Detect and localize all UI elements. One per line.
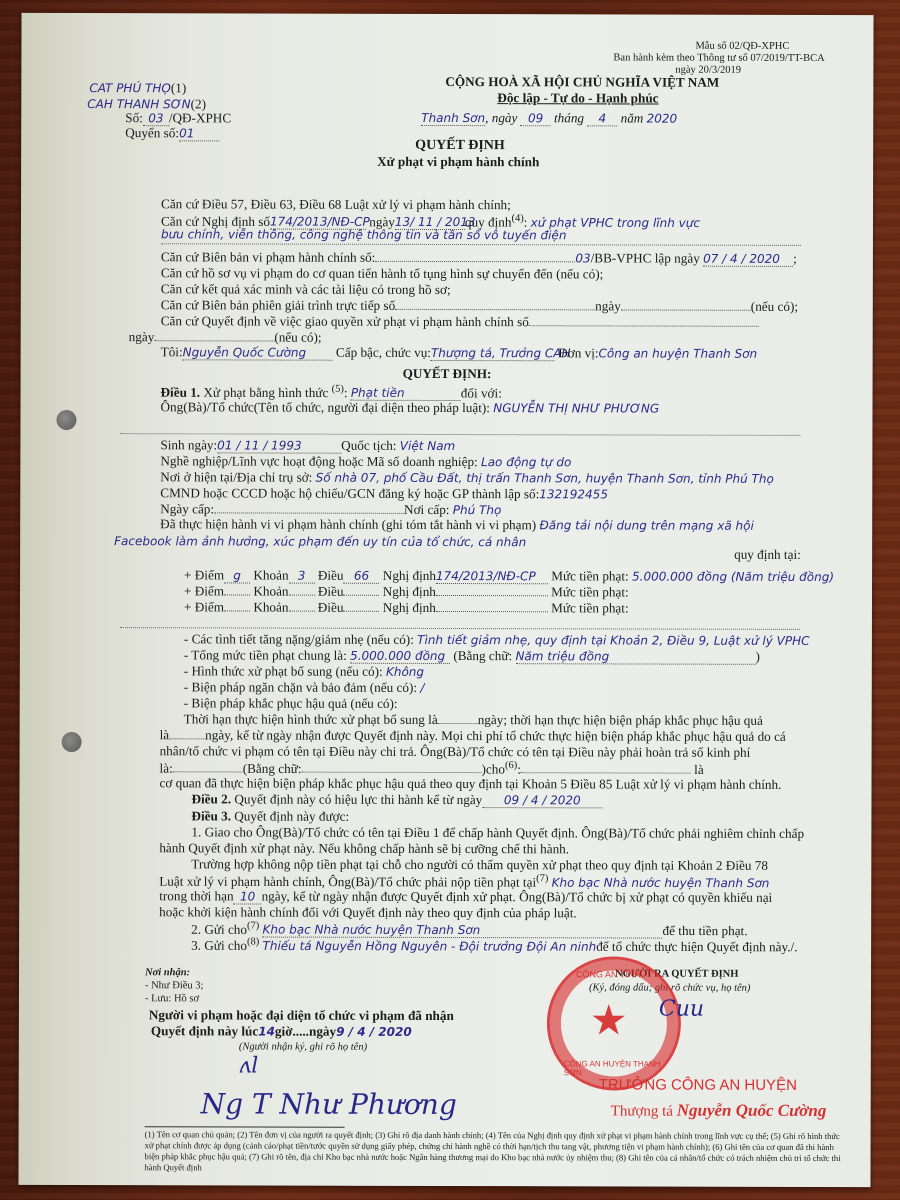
decision-heading: QUYẾT ĐỊNH: — [403, 366, 492, 382]
article3-heading: Điều 3. Quyết định này được: — [191, 808, 349, 824]
country-name: CỘNG HOÀ XÃ HỘI CHỦ NGHĨA VIỆT NAM — [445, 74, 719, 91]
official-seal: CÔNG AN TỈNH ★ CÔNG AN HUYỆN THANH SƠN — [547, 956, 681, 1090]
basis-verification: Căn cứ kết quả xác minh và các tài liệu … — [161, 281, 451, 298]
recipient-item: - Như Điều 3; — [145, 980, 204, 991]
article1-dob: Sinh ngày:01 / 11 / 1993Quốc tịch: Việt … — [160, 437, 455, 454]
article3-item1-b: hành Quyết định xử phạt này. Nếu không c… — [159, 840, 569, 857]
document-page: Mẫu số 02/QĐ-XPHC Ban hành kèm theo Thôn… — [18, 13, 873, 1187]
deadline-line-5: cơ quan đã thực hiện biện pháp khắc phục… — [159, 775, 781, 793]
document-title: QUYẾT ĐỊNH — [415, 138, 505, 154]
article3-item1-f: hoặc khởi kiện hành chính đối với Quyết … — [159, 904, 577, 921]
provision-row: + Điểm Khoản Điều Nghị định Mức tiền phạ… — [184, 599, 629, 616]
deadline-line-3: nhân/tổ chức vi phạm có tên tại Điều này… — [160, 743, 751, 761]
provision-row: + Điểm Khoản Điều Nghị định Mức tiền phạ… — [184, 583, 629, 600]
basis-delegation-date: ngày(nếu có); — [129, 329, 322, 346]
circumstances: - Các tình tiết tăng nặng/giảm nhẹ (nếu … — [184, 631, 810, 649]
issuer-signature: Cuu — [659, 997, 704, 1022]
receiver-initials-signature: ʌl — [239, 1053, 259, 1078]
article3-item3: 3. Gửi cho(8) Thiếu tá Nguyễn Hồng Nguyê… — [191, 936, 797, 955]
book-number: Quyển số:01 — [125, 125, 219, 141]
recipients-label: Nơi nhận: — [145, 967, 190, 978]
basis-decree-scope: bưu chính, viễn thông, công nghệ thông t… — [161, 227, 567, 242]
receipt-note: (Người nhận ký, ghi rõ họ tên) — [239, 1041, 367, 1052]
additional-penalty: - Hình thức xử phạt bổ sung (nếu có): Kh… — [184, 663, 424, 680]
national-motto: Độc lập - Tự do - Hạnh phúc — [497, 90, 658, 106]
remedial-measures: - Biện pháp khắc phục hậu quả (nếu có): — [184, 695, 398, 712]
article3-item1-a: 1. Giao cho Ông(Bà)/Tổ chức có tên tại Đ… — [191, 824, 804, 842]
basis-record: Căn cứ Biên bản vi phạm hành chính số:03… — [161, 249, 797, 267]
recipient-item: - Lưu: Hồ sơ — [145, 993, 199, 1004]
officer-line: Tôi:Nguyễn Quốc Cường Cấp bậc, chức vụ:T… — [161, 344, 757, 362]
deadline-line-2: làngày, kể từ ngày nhận được Quyết định … — [160, 727, 786, 745]
article1-person: Ông(Bà)/Tổ chức(Tên tổ chức, người đại d… — [160, 399, 659, 416]
receipt-line-2: Quyết định này lúc14giờ.....ngày9 / 4 / … — [151, 1023, 412, 1040]
punch-hole-icon — [56, 410, 76, 430]
deadline-line-1: Thời hạn thực hiện hình thức xử phạt bổ … — [184, 711, 763, 729]
basis-criminal-file: Căn cứ hồ sơ vụ vi phạm do cơ quan tiến … — [161, 265, 604, 282]
article1-job: Nghề nghiệp/Lĩnh vực hoạt động hoặc Mã s… — [160, 453, 571, 470]
article1-violation: Đã thực hiện hành vi vi phạm hành chính … — [160, 516, 754, 534]
basis-law: Căn cứ Điều 57, Điều 63, Điều 68 Luật xử… — [161, 196, 511, 213]
receipt-line-1: Người vi phạm hoặc đại diện tổ chức vi p… — [149, 1007, 454, 1024]
footnotes: (1) Tên cơ quan chủ quản; (2) Tên đơn vị… — [144, 1129, 844, 1175]
provision-row: + Điểmg Khoản3 Điều66 Nghị định174/2013/… — [184, 567, 834, 585]
form-code: Mẫu số 02/QĐ-XPHC — [695, 41, 789, 52]
regulated-at: quy định tại: — [734, 547, 801, 563]
issuer-position: TRƯỞNG CÔNG AN HUYỆN — [599, 1076, 797, 1094]
preventive-measures: - Biện pháp ngăn chặn và bảo đảm (nếu có… — [184, 679, 425, 696]
punch-hole-icon — [62, 732, 82, 752]
basis-hearing: Căn cứ Biên bản phiên giải trình trực ti… — [161, 297, 798, 315]
article3-item1-e: trong thời hạn10ngày, kể từ ngày nhận đư… — [159, 888, 772, 906]
article3-item1-c: Trường hợp không nộp tiền phạt tại chỗ c… — [191, 856, 768, 874]
form-issued-with: Ban hành kèm theo Thông tư số 07/2019/TT… — [613, 52, 824, 64]
receiver-signature: Ng T Như Phương — [201, 1087, 457, 1121]
article1-violation-cont: Facebook làm ảnh hưởng, xúc phạm đến uy … — [114, 534, 526, 549]
issuer-name-line: Thượng tá Nguyễn Quốc Cường — [611, 1100, 827, 1121]
total-fine: - Tổng mức tiền phạt chung là: 5.000.000… — [184, 647, 760, 665]
footnote-divider — [145, 1126, 345, 1128]
article2: Điều 2. Quyết định này có hiệu lực thi h… — [191, 791, 602, 808]
star-icon: ★ — [590, 995, 628, 1045]
decision-number: Số:03/QĐ-XPHC — [125, 110, 231, 126]
place-date: Thanh Sơn, ngày 09 tháng 4 năm 2020 — [421, 110, 677, 127]
basis-delegation: Căn cứ Quyết định về việc giao quyền xử … — [161, 313, 759, 331]
article1-address: Nơi ở hiện tại/Địa chỉ trụ sở: Số nhà 07… — [160, 469, 774, 487]
document-subtitle: Xử phạt vi phạm hành chính — [377, 154, 539, 170]
article1-id: CMND hoặc CCCD hoặc hộ chiếu/GCN đăng ký… — [160, 485, 608, 502]
